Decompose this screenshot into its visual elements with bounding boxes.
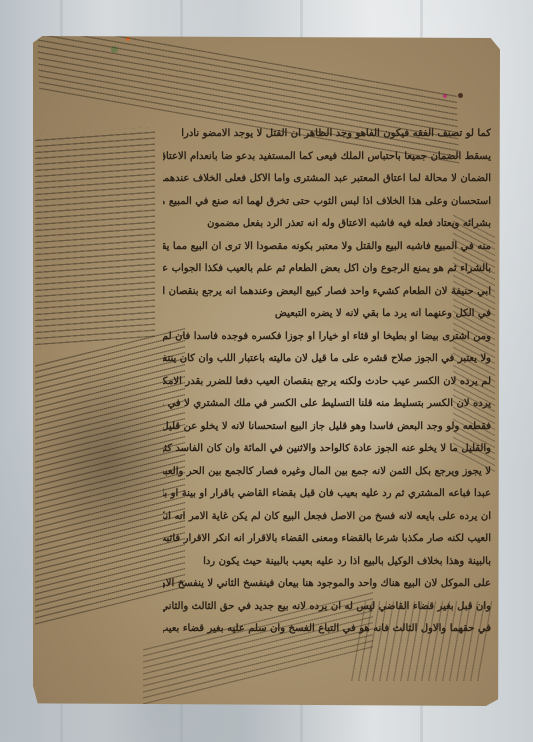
main-text-block: كما لو تصنف الفقه فيكون الفاهو وجد الظاه…	[163, 128, 491, 646]
text-line: بالبينة وهذا بخلاف الوكيل بالبيع اذا رد …	[163, 556, 491, 579]
text-line: في حقهما والاول الثالث فانه هو في التباع…	[163, 623, 491, 646]
text-line: كما لو تصنف الفقه فيكون الفاهو وجد الظاه…	[163, 128, 491, 151]
text-line: بشرائه ويعتاد فعله فيه فاشبه الاعتاق وله…	[163, 218, 491, 241]
text-line: ومن اشترى بيضا او بطيخا او قثاء او خيارا…	[163, 331, 491, 354]
text-line: بالشراء ثم هو يمنع الرجوع وان اكل بعض ال…	[163, 263, 491, 286]
text-line: لا يجوز ويرجع بكل الثمن لانه جمع بين الم…	[163, 466, 491, 489]
manuscript-page: كما لو تصنف الفقه فيكون الفاهو وجد الظاه…	[33, 36, 500, 706]
text-line: ولا يعتبر في الجوز صلاح قشره على ما قيل …	[163, 353, 491, 376]
text-line: فقطعه ولو وجد البعض فاسدا وهو قليل جاز ا…	[163, 421, 491, 444]
text-line: استحسان وعلى هذا الخلاف اذا لبس الثوب حت…	[163, 196, 491, 219]
left-margin-notes	[35, 127, 155, 345]
text-line: الضمان لا محالة لما اعتاق المعتبر عبد ال…	[163, 173, 491, 196]
text-line: يرده لان الكسر بتسليط منه قلنا التسليط ع…	[163, 398, 491, 421]
text-line: على الموكل لان البيع هناك واحد والموجود …	[163, 578, 491, 601]
text-line: لم يرده لان الكسر عيب حادث ولكنه يرجع بن…	[163, 376, 491, 399]
text-line: منه في المبيع فاشبه البيع والقتل ولا معت…	[163, 241, 491, 264]
ink-spot-dark	[458, 93, 463, 98]
text-line: يسقط الضمان جميعا باحتباس الملك فيعى كما…	[163, 151, 491, 174]
text-line: ابي حنيفة لان الطعام كشيء واحد فصار كبيع…	[163, 286, 491, 309]
text-line: العيب لكنه صار مكذبا شرعا بالقضاء ومعنى …	[163, 533, 491, 556]
text-line: ان يرده على بايعه لانه فسخ من الاصل فجعل…	[163, 511, 491, 534]
text-line: عبدا فباعه المشتري ثم رد عليه بعيب فان ق…	[163, 488, 491, 511]
text-line: والقليل ما لا يخلو عنه الجوز عادة كالواح…	[163, 443, 491, 466]
text-line: وان قبل بغير قضاء القاضي ليس له ان يرده …	[163, 601, 491, 624]
text-line: في الكل وعنهما انه يرد ما بقي لانه لا يض…	[163, 308, 491, 331]
